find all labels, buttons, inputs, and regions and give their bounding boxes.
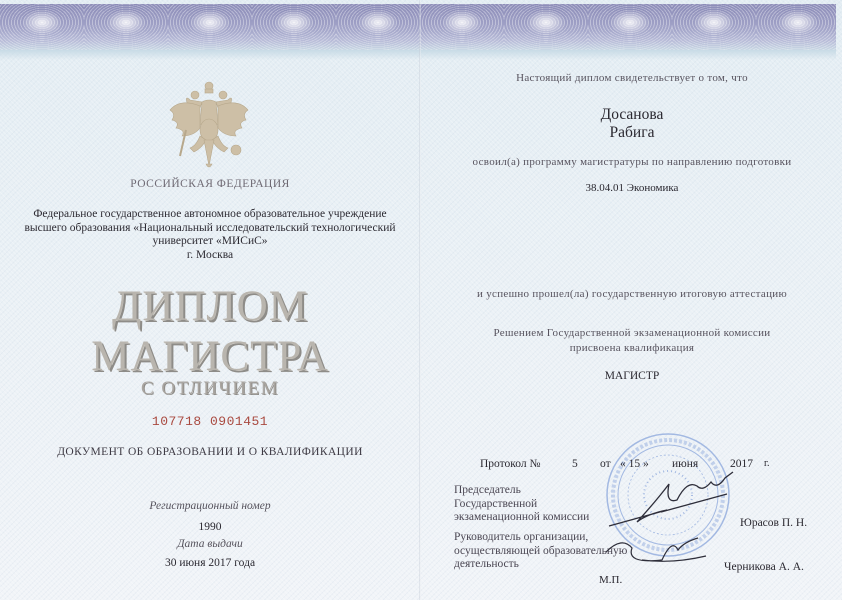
attestation-text: и успешно прошел(ла) государственную ито…: [422, 288, 842, 300]
qualification: МАГИСТР: [422, 370, 842, 382]
decision-line: Решением Государственной экзаменационной…: [422, 326, 842, 341]
double-headed-eagle-icon: [166, 80, 252, 172]
issue-date-label: Дата выдачи: [0, 538, 420, 550]
honors-label: С ОТЛИЧИЕМ: [0, 378, 420, 400]
left-page: РОССИЙСКАЯ ФЕДЕРАЦИЯ Федеральное государ…: [0, 0, 420, 600]
stamp-label: М.П.: [599, 574, 622, 586]
right-page: Настоящий диплом свидетельствует о том, …: [422, 0, 842, 600]
institution-line: высшего образования «Национальный исслед…: [0, 222, 420, 236]
chair-label-line: экзаменационной комиссии: [454, 511, 614, 525]
country-name: РОССИЙСКАЯ ФЕДЕРАЦИЯ: [0, 178, 420, 190]
head-name: Черникова А. А.: [724, 561, 804, 573]
diploma-title: ДИПЛОМ: [0, 282, 420, 331]
institution-line: Федеральное государственное автономное о…: [0, 208, 420, 222]
institution-name: Федеральное государственное автономное о…: [0, 208, 420, 262]
diploma-degree: МАГИСТРА: [0, 332, 420, 381]
protocol-label: Протокол №: [480, 458, 540, 470]
graduate-given-name: Рабига: [422, 124, 842, 142]
decision-text: Решением Государственной экзаменационной…: [422, 326, 842, 356]
document-subtitle: ДОКУМЕНТ ОБ ОБРАЗОВАНИИ И О КВАЛИФИКАЦИИ: [0, 446, 420, 458]
chair-label-line: Председатель: [454, 484, 614, 498]
program-text: освоил(а) программу магистратуры по напр…: [422, 156, 842, 168]
protocol-from-label: от: [600, 458, 611, 470]
institution-city: г. Москва: [0, 249, 420, 263]
chair-signature-icon: [607, 470, 737, 530]
decision-line: присвоена квалификация: [422, 341, 842, 356]
chair-name: Юрасов П. Н.: [740, 517, 807, 529]
diploma-sheet: РОССИЙСКАЯ ФЕДЕРАЦИЯ Федеральное государ…: [0, 0, 842, 600]
registration-number: 1990: [0, 521, 420, 533]
protocol-year: 2017: [730, 458, 753, 470]
chair-label: Председатель Государственной экзаменацио…: [454, 484, 614, 525]
protocol-line: Протокол №: [480, 458, 540, 470]
specialty: 38.04.01 Экономика: [422, 182, 842, 194]
protocol-number: 5: [572, 458, 578, 470]
protocol-month: июня: [672, 458, 698, 470]
protocol-year-suffix: г.: [764, 458, 769, 469]
protocol-day: « 15 »: [620, 458, 649, 470]
head-signature-icon: [602, 530, 712, 570]
serial-number: 107718 0901451: [0, 414, 420, 429]
issue-date: 30 июня 2017 года: [0, 557, 420, 569]
registration-label: Регистрационный номер: [0, 500, 420, 512]
graduate-surname: Досанова: [422, 106, 842, 124]
intro-text: Настоящий диплом свидетельствует о том, …: [422, 72, 842, 84]
chair-label-line: Государственной: [454, 498, 614, 512]
institution-line: университет «МИСиС»: [0, 235, 420, 249]
